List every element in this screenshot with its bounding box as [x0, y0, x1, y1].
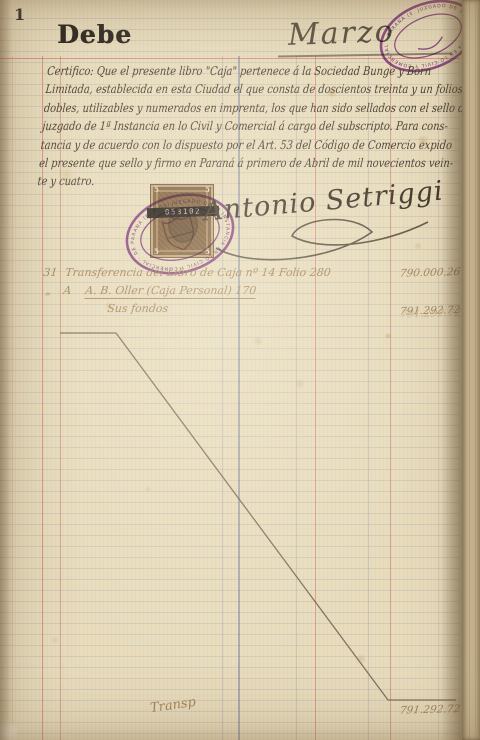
certification-line: juzgado de 1ª Instancia en lo Civil y Co… [42, 117, 473, 135]
facing-page-rule [469, 0, 470, 740]
certification-text: Certifico: Que el presente libro "Caja" … [37, 62, 478, 191]
certification-line: dobles, utilizables y numerados en impre… [43, 99, 474, 117]
entry-day: „ [45, 284, 52, 297]
certification-line: tancia y de acuerdo con lo dispuesto por… [40, 136, 471, 154]
entry-description: Sus fondos [107, 302, 169, 315]
certification-line: el presente que sello y firmo en Paraná … [38, 154, 469, 172]
left-edge-shadow [0, 0, 12, 740]
certification-line: Limitada, establecida en esta Ciudad el … [45, 80, 476, 98]
facing-page-rule [475, 0, 476, 740]
carry-label: Transp [149, 695, 197, 716]
vertical-rule-left-faint [12, 56, 13, 740]
facing-page-strip [462, 0, 480, 740]
certification-line: Certifico: Que el presente libro "Caja" … [46, 62, 477, 80]
entry-amount: 790.000.26 [387, 266, 461, 280]
entry-description: A. B. Oller (Caja Personal) 170 [84, 284, 257, 299]
ledger-page: 1 Debe Marzo JUZGADO DE 1ª INSTANCIA EN … [0, 0, 480, 740]
debit-header: Debe [57, 20, 132, 49]
page-number: 1 [14, 5, 25, 24]
entry-amount: 791.292.72 [387, 304, 461, 318]
entry-prefix: A [63, 284, 72, 297]
entry-day: 31 [43, 266, 58, 279]
entry-description: Transferencia del Libro de Caja nº 14 Fo… [65, 266, 332, 279]
carry-amount: 791.292.72 [387, 703, 461, 717]
